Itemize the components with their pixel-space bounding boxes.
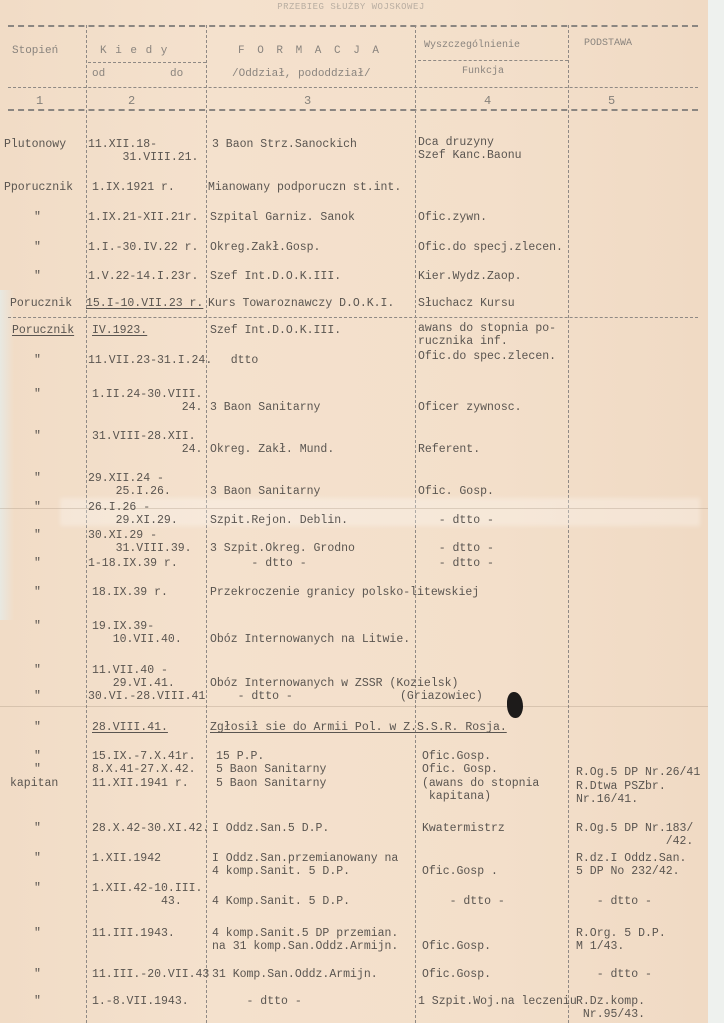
col-number-3: 3 bbox=[304, 94, 311, 108]
unit-cell: 5 Baon Sanitarny bbox=[216, 777, 326, 790]
unit-cell: I Oddz.San.przemianowany na 4 komp.Sanit… bbox=[212, 852, 398, 878]
header-wyszczegolnienie: Wyszczególnienie bbox=[424, 40, 520, 51]
basis-cell: R.Dz.komp. Nr.95/43. bbox=[576, 995, 645, 1021]
header-od: od bbox=[92, 68, 105, 80]
function-cell: - dtto - bbox=[418, 557, 494, 570]
rank-cell: " bbox=[34, 472, 41, 485]
unit-cell: Szef Int.D.O.K.III. bbox=[210, 324, 341, 337]
when-cell: 1.V.22-14.I.23r. bbox=[88, 270, 198, 283]
document-title: PRZEBIEG SŁUŻBY WOJSKOWEJ bbox=[236, 2, 466, 12]
rank-cell: " bbox=[34, 690, 41, 703]
rank-cell: kapitan bbox=[10, 777, 58, 790]
unit-cell: Zgłosił sie do Armii Pol. w Z.S.S.R. Ros… bbox=[210, 721, 507, 734]
when-cell: 18.IX.39 r. bbox=[92, 586, 168, 599]
rank-cell: " bbox=[34, 501, 41, 514]
when-cell: 28.X.42-30.XI.42. bbox=[92, 822, 209, 835]
unit-cell: 4 komp.Sanit.5 DP przemian. na 31 komp.S… bbox=[212, 927, 398, 953]
unit-cell: 15 P.P. bbox=[216, 750, 264, 763]
when-cell: 31.VIII-28.XII. 24. bbox=[92, 430, 202, 456]
rank-cell: " bbox=[34, 882, 41, 895]
function-cell: Ofic. Gosp. bbox=[422, 763, 498, 776]
function-cell: Ofic.do specj.zlecen. bbox=[418, 241, 563, 254]
function-cell: Ofic.Gosp. bbox=[422, 750, 491, 763]
when-cell: 26.I.26 - 29.XI.29. bbox=[88, 501, 178, 527]
unit-cell: 4 Komp.Sanit. 5 D.P. bbox=[212, 882, 350, 908]
row-separator bbox=[8, 317, 698, 318]
when-cell: 28.VIII.41. bbox=[92, 721, 168, 734]
rank-cell: " bbox=[34, 430, 41, 443]
torn-edge bbox=[0, 290, 14, 620]
when-cell: 11.III.-20.VII.43 bbox=[92, 968, 209, 981]
unit-cell: Obóz Internowanych w ZSSR (Kozielsk) bbox=[210, 664, 458, 690]
function-cell: Ofic.Gosp. bbox=[422, 968, 491, 981]
unit-cell: 3 Baon Strz.Sanockich bbox=[212, 138, 357, 151]
when-cell: 1.I.-30.IV.22 r. bbox=[88, 241, 198, 254]
rank-cell: " bbox=[34, 822, 41, 835]
basis-cell: R.Og.5 DP Nr.183/ /42. bbox=[576, 822, 693, 848]
col-number-2: 2 bbox=[128, 94, 135, 108]
unit-cell: 3 Baon Sanitarny bbox=[210, 472, 320, 498]
rank-cell: " bbox=[34, 968, 41, 981]
col-number-5: 5 bbox=[608, 94, 615, 108]
unit-cell: dtto bbox=[210, 354, 258, 367]
when-cell: IV.1923. bbox=[92, 324, 147, 337]
unit-cell: Szef Int.D.O.K.III. bbox=[210, 270, 341, 283]
rank-cell: " bbox=[34, 586, 41, 599]
basis-cell: R.Org. 5 D.P. M 1/43. bbox=[576, 927, 666, 953]
rank-cell: " bbox=[34, 620, 41, 633]
header-formacja: F O R M A C J A bbox=[238, 45, 382, 57]
unit-cell: 5 Baon Sanitarny bbox=[216, 763, 326, 776]
function-cell: - dtto - bbox=[418, 501, 494, 527]
when-cell: 8.X.41-27.X.42. bbox=[92, 763, 196, 776]
col-number-4: 4 bbox=[484, 94, 491, 108]
function-cell: Ofic.do spec.zlecen. bbox=[418, 350, 556, 363]
rank-cell: Pporucznik bbox=[4, 181, 73, 194]
unit-cell: 3 Baon Sanitarny bbox=[210, 388, 320, 414]
basis-cell: R.Dtwa PSZbr. Nr.16/41. bbox=[576, 780, 666, 806]
basis-cell: - dtto - bbox=[576, 968, 652, 981]
unit-cell: I Oddz.San.5 D.P. bbox=[212, 822, 329, 835]
table-top-rule bbox=[8, 25, 698, 27]
unit-cell: - dtto - bbox=[210, 557, 307, 570]
rank-cell: " bbox=[34, 721, 41, 734]
function-cell: Ofic.Gosp. bbox=[422, 927, 491, 953]
numbers-bottom-rule bbox=[8, 109, 698, 111]
paper-fold bbox=[0, 706, 708, 707]
when-cell: 11.VII.40 - 29.VI.41. bbox=[92, 664, 175, 690]
basis-cell: R.dz.I Oddz.San. 5 DP No 232/42. bbox=[576, 852, 686, 878]
rank-cell: Plutonowy bbox=[4, 138, 66, 151]
unit-cell: Obóz Internowanych na Litwie. bbox=[210, 620, 410, 646]
rank-cell: " bbox=[34, 852, 41, 865]
rank-cell: " bbox=[34, 557, 41, 570]
function-cell: Ofic.Gosp . bbox=[422, 852, 498, 878]
function-cell: - dtto - bbox=[418, 529, 494, 555]
when-cell: 30.XI.29 - 31.VIII.39. bbox=[88, 529, 192, 555]
unit-cell: - dtto - bbox=[210, 690, 293, 703]
unit-cell: 31 Komp.San.Oddz.Armijn. bbox=[212, 968, 378, 981]
when-cell: 30.VI.-28.VIII.41 bbox=[88, 690, 205, 703]
col-number-1: 1 bbox=[36, 94, 43, 108]
rank-cell: " bbox=[34, 354, 41, 367]
function-cell: Ofic. Gosp. bbox=[418, 472, 494, 498]
when-cell: 15.IX.-7.X.41r. bbox=[92, 750, 196, 763]
when-cell: 1.IX.21-XII.21r. bbox=[88, 211, 198, 224]
function-cell: Oficer zywnosc. bbox=[418, 388, 522, 414]
when-cell: 1.IX.1921 r. bbox=[92, 181, 175, 194]
rank-cell: Porucznik bbox=[12, 324, 74, 337]
rank-cell: " bbox=[34, 995, 41, 1008]
rank-cell: " bbox=[34, 750, 41, 763]
unit-cell: Kurs Towaroznawczy D.O.K.I. bbox=[208, 297, 394, 310]
function-cell: 1 Szpit.Woj.na leczeniu bbox=[418, 995, 577, 1008]
basis-cell: R.Og.5 DP Nr.26/41 bbox=[576, 766, 700, 779]
header-formacja-sub: /Oddział, pododdział/ bbox=[232, 68, 371, 80]
when-cell: 11.XII.1941 r. bbox=[92, 777, 189, 790]
when-cell: 15.I-10.VII.23 r. bbox=[86, 297, 203, 310]
rank-cell: " bbox=[34, 241, 41, 254]
when-cell: 11.VII.23-31.I.24. bbox=[88, 354, 212, 367]
when-cell: 29.XII.24 - 25.I.26. bbox=[88, 472, 171, 498]
rank-cell: " bbox=[34, 763, 41, 776]
function-cell: Słuchacz Kursu bbox=[418, 297, 515, 310]
header-do: do bbox=[170, 68, 183, 80]
rank-cell: " bbox=[34, 211, 41, 224]
rank-cell: " bbox=[34, 664, 41, 677]
function-cell: Kier.Wydz.Zaop. bbox=[418, 270, 522, 283]
function-cell: (Griazowiec) bbox=[400, 690, 483, 703]
function-cell: Kwatermistrz bbox=[422, 822, 505, 835]
header-bottom-rule bbox=[8, 87, 698, 88]
basis-cell: - dtto - bbox=[576, 882, 652, 908]
when-cell: 1.XII.42-10.III. 43. bbox=[92, 882, 202, 908]
rank-cell: " bbox=[34, 529, 41, 542]
when-cell: 19.IX.39- 10.VII.40. bbox=[92, 620, 182, 646]
unit-cell: Okreg. Zakł. Mund. bbox=[210, 430, 334, 456]
header-podstawa: PODSTAWA bbox=[584, 38, 632, 49]
unit-cell: Mianowany podporuczn st.int. bbox=[208, 181, 401, 194]
function-cell: Referent. bbox=[418, 430, 480, 456]
when-cell: 11.XII.18- 31.VIII.21. bbox=[88, 138, 198, 164]
unit-cell: Szpital Garniz. Sanok bbox=[210, 211, 355, 224]
wyszczegolnienie-subrule bbox=[418, 60, 568, 61]
function-cell: awans do stopnia po- rucznika inf. bbox=[418, 322, 556, 348]
rank-cell: " bbox=[34, 927, 41, 940]
unit-cell: Szpit.Rejon. Deblin. bbox=[210, 501, 348, 527]
unit-cell: 3 Szpit.Okreg. Grodno bbox=[210, 529, 355, 555]
function-cell: Dca druzyny Szef Kanc.Baonu bbox=[418, 136, 522, 162]
document-page: PRZEBIEG SŁUŻBY WOJSKOWEJ Stopień K i e … bbox=[0, 0, 708, 1023]
function-cell: (awans do stopnia kapitana) bbox=[422, 777, 539, 803]
when-cell: 1.-8.VII.1943. bbox=[92, 995, 189, 1008]
unit-cell: Okreg.Zakł.Gosp. bbox=[210, 241, 320, 254]
header-kiedy: K i e d y bbox=[100, 45, 168, 57]
unit-cell: Przekroczenie granicy polsko-litewskiej bbox=[210, 586, 479, 599]
when-cell: 1.XII.1942 bbox=[92, 852, 161, 865]
ink-blot bbox=[507, 692, 523, 718]
header-stopien: Stopień bbox=[12, 45, 58, 57]
rank-cell: Porucznik bbox=[10, 297, 72, 310]
header-funkcja: Funkcja bbox=[462, 66, 504, 77]
rank-cell: " bbox=[34, 270, 41, 283]
when-cell: 11.III.1943. bbox=[92, 927, 175, 940]
function-cell: Ofic.zywn. bbox=[418, 211, 487, 224]
when-cell: 1-18.IX.39 r. bbox=[88, 557, 178, 570]
function-cell: - dtto - bbox=[422, 882, 505, 908]
unit-cell: - dtto - bbox=[212, 995, 302, 1008]
rank-cell: " bbox=[34, 388, 41, 401]
kiedy-subrule bbox=[88, 62, 206, 63]
when-cell: 1.II.24-30.VIII. 24. bbox=[92, 388, 202, 414]
